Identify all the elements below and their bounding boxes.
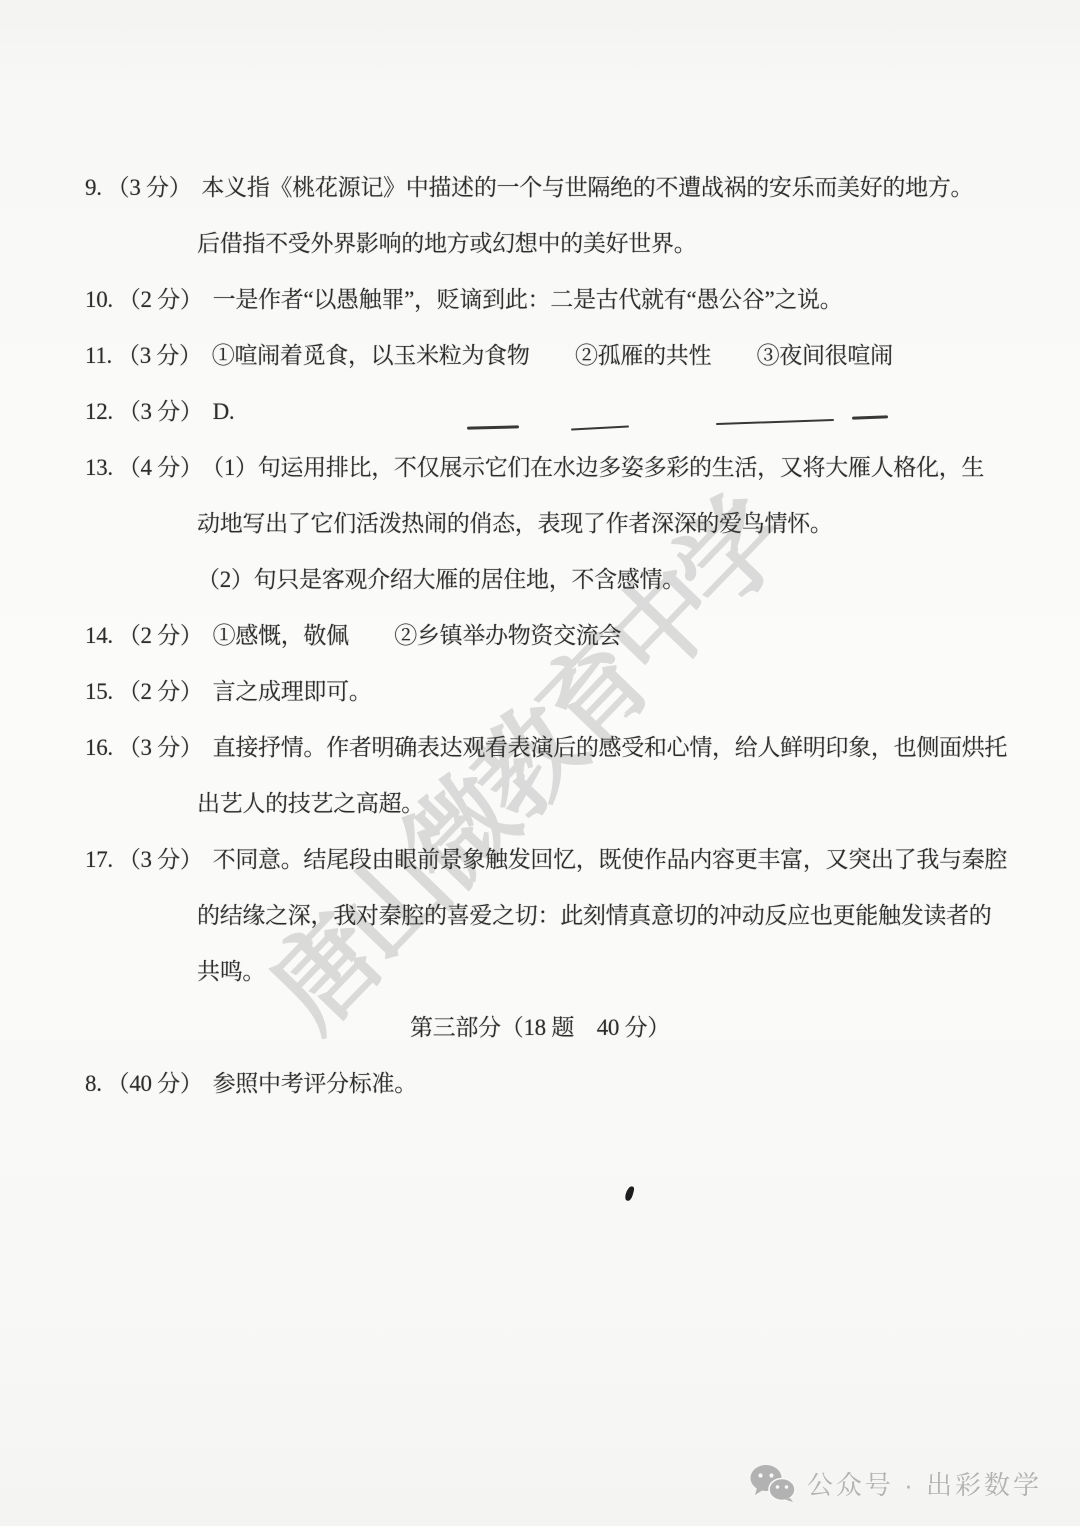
answer-line: 10.（2 分）一是作者“以愚触罪”，贬谪到此：二是古代就有“愚公谷”之说。	[0, 284, 1080, 315]
answer-text: 不同意。结尾段由眼前景象触发回忆，既使作品内容更丰富，又突出了我与秦腔	[213, 847, 1008, 872]
question-number: 14.	[85, 623, 113, 648]
answer-text: （1）句运用排比，不仅展示它们在水边多姿多彩的生活，又将大雁人格化，生	[213, 455, 985, 480]
answer-lines: 9.（3 分）本义指《桃花源记》中描述的一个与世隔绝的不遭战祸的安乐而美好的地方…	[0, 172, 1080, 1124]
answer-line: 14.（2 分）①感慨，敬佩 ②乡镇举办物资交流会	[0, 620, 1080, 651]
answer-text: 动地写出了它们活泼热闹的俏态，表现了作者深深的爱鸟情怀。	[197, 511, 833, 536]
ink-dot-artifact	[624, 1185, 635, 1201]
answer-line: （2）句只是客观介绍大雁的居住地，不含感情。	[0, 564, 1080, 595]
answer-line: 后借指不受外界影响的地方或幻想中的美好世界。	[0, 228, 1080, 259]
question-number: 13.	[85, 455, 113, 480]
answer-text: 的结缘之深，我对秦腔的喜爱之切：此刻情真意切的冲动反应也更能触发读者的	[197, 903, 992, 928]
answer-text: D.	[213, 399, 235, 424]
answer-line: 16.（3 分）直接抒情。作者明确表达观看表演后的感受和心情，给人鲜明印象，也侧…	[0, 732, 1080, 763]
answer-text: ①喧闹着觅食，以玉米粒为食物 ②孤雁的共性 ③夜间很喧闹	[212, 343, 893, 368]
answer-line: 动地写出了它们活泼热闹的俏态，表现了作者深深的爱鸟情怀。	[0, 508, 1080, 539]
wechat-footer: 公众号 · 出彩数学	[749, 1464, 1042, 1502]
question-number: 12.	[85, 399, 113, 424]
score-label: （3 分）	[117, 343, 202, 368]
answer-text: ①感慨，敬佩 ②乡镇举办物资交流会	[213, 623, 622, 648]
answer-text: 直接抒情。作者明确表达观看表演后的感受和心情，给人鲜明印象，也侧面烘托	[213, 735, 1008, 760]
question-number: 16.	[85, 735, 113, 760]
score-label: （2 分）	[118, 679, 203, 704]
answer-line: 出艺人的技艺之高超。	[0, 788, 1080, 819]
question-number: 11.	[85, 343, 112, 368]
score-label: （2 分）	[118, 623, 203, 648]
score-label: （3 分）	[118, 735, 203, 760]
question-number: 17.	[85, 847, 113, 872]
answer-text: 参照中考评分标准。	[213, 1071, 417, 1096]
question-number: 10.	[85, 287, 113, 312]
section-heading: 第三部分（18 题 40 分）	[0, 1012, 1080, 1043]
answer-text: 第三部分（18 题 40 分）	[410, 1015, 670, 1040]
answer-text: （2）句只是客观介绍大雁的居住地，不含感情。	[197, 567, 685, 592]
answer-line: 9.（3 分）本义指《桃花源记》中描述的一个与世隔绝的不遭战祸的安乐而美好的地方…	[0, 172, 1080, 203]
wechat-icon	[749, 1464, 797, 1502]
question-number: 9.	[85, 175, 102, 200]
answer-text: 一是作者“以愚触罪”，贬谪到此：二是古代就有“愚公谷”之说。	[213, 287, 843, 312]
answer-line: 13.（4 分）（1）句运用排比，不仅展示它们在水边多姿多彩的生活，又将大雁人格…	[0, 452, 1080, 483]
score-label: （2 分）	[118, 287, 203, 312]
score-label: （3 分）	[107, 175, 192, 200]
answer-text: 本义指《桃花源记》中描述的一个与世隔绝的不遭战祸的安乐而美好的地方。	[201, 175, 973, 200]
answer-text: 共鸣。	[197, 959, 265, 984]
footer-brand-label: 公众号 · 出彩数学	[807, 1465, 1042, 1502]
answer-line: 8.（40 分）参照中考评分标准。	[0, 1068, 1080, 1099]
score-label: （3 分）	[118, 399, 203, 424]
score-label: （3 分）	[118, 847, 203, 872]
answer-text: 出艺人的技艺之高超。	[197, 791, 424, 816]
question-number: 15.	[85, 679, 113, 704]
scanned-answer-sheet: 唐山微教育中学 9.（3 分）本义指《桃花源记》中描述的一个与世隔绝的不遭战祸的…	[0, 0, 1080, 1526]
answer-line: 共鸣。	[0, 956, 1080, 987]
answer-line: 17.（3 分）不同意。结尾段由眼前景象触发回忆，既使作品内容更丰富，又突出了我…	[0, 844, 1080, 875]
score-label: （40 分）	[107, 1071, 203, 1096]
answer-text: 后借指不受外界影响的地方或幻想中的美好世界。	[197, 231, 696, 256]
answer-line: 11.（3 分）①喧闹着觅食，以玉米粒为食物 ②孤雁的共性 ③夜间很喧闹	[0, 340, 1080, 371]
answer-text: 言之成理即可。	[213, 679, 372, 704]
answer-line: 的结缘之深，我对秦腔的喜爱之切：此刻情真意切的冲动反应也更能触发读者的	[0, 900, 1080, 931]
answer-line: 12.（3 分）D.	[0, 396, 1080, 427]
question-number: 8.	[85, 1071, 102, 1096]
score-label: （4 分）	[118, 455, 203, 480]
answer-line: 15.（2 分）言之成理即可。	[0, 676, 1080, 707]
